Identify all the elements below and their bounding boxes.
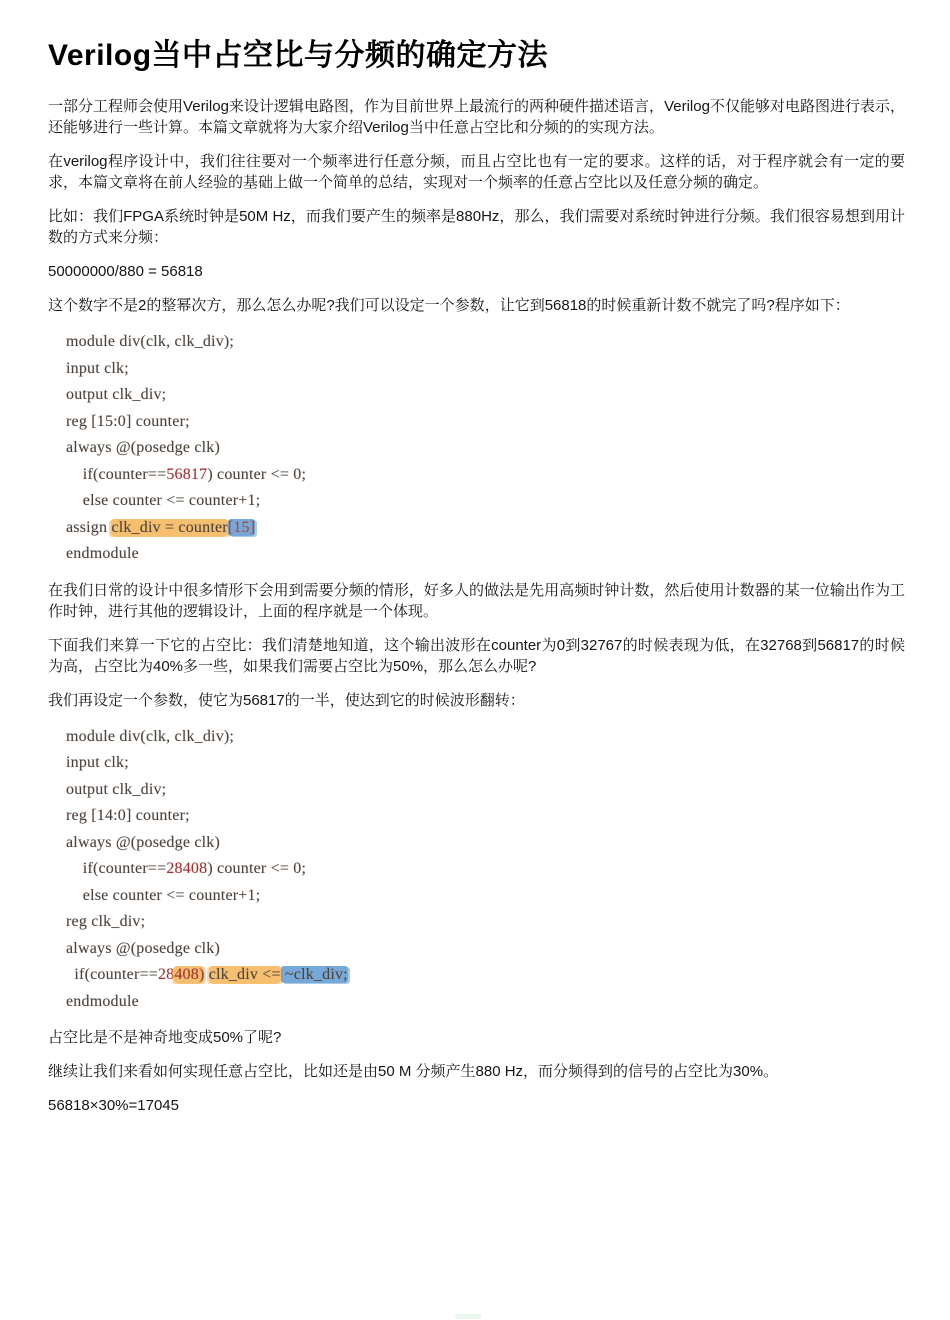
paragraph-intro: 一部分工程师会使用Verilog来设计逻辑电路图，作为目前世界上最流行的两种硬件… <box>48 96 905 138</box>
code-line: input clk; <box>66 750 905 777</box>
code-line: if(counter==56817) counter <= 0; <box>66 462 905 489</box>
paragraph-common-practice: 在我们日常的设计中很多情形下会用到需要分频的情形，好多人的做法是先用高频时钟计数… <box>48 580 905 622</box>
code-line: reg clk_div; <box>66 909 905 936</box>
code-line: else counter <= counter+1; <box>66 883 905 910</box>
formula-30-percent: 56818×30%=17045 <box>48 1095 905 1116</box>
page-title: Verilog当中占空比与分频的确定方法 <box>48 38 905 74</box>
code-line: output clk_div; <box>66 777 905 804</box>
code-segment: 408) <box>174 966 204 983</box>
code-screenshot-divider-v2: module div(clk, clk_div);input clk;outpu… <box>66 724 905 1016</box>
code-segment: always @(posedge clk) <box>66 834 220 851</box>
code-segment: always @(posedge clk) <box>66 439 220 456</box>
code-segment: input clk; <box>66 360 129 377</box>
code-segment: output clk_div; <box>66 781 166 798</box>
code-line: endmodule <box>66 541 905 568</box>
code-segment: else counter <= counter+1; <box>66 887 260 904</box>
code-segment: module div(clk, clk_div); <box>66 333 234 350</box>
paragraph-example-50mhz: 比如：我们FPGA系统时钟是50M Hz，而我们要产生的频率是880Hz，那么，… <box>48 206 905 248</box>
code-line: endmodule <box>66 989 905 1016</box>
code-line: else counter <= counter+1; <box>66 488 905 515</box>
code-line: module div(clk, clk_div); <box>66 724 905 751</box>
code-segment: if(counter== <box>66 860 166 877</box>
code-segment: always @(posedge clk) <box>66 940 220 957</box>
code-line: reg [14:0] counter; <box>66 803 905 830</box>
code-segment: reg clk_div; <box>66 913 145 930</box>
code-segment: [15] <box>228 519 255 536</box>
code-segment: output clk_div; <box>66 386 166 403</box>
code-segment: 56817 <box>166 466 207 483</box>
code-segment: endmodule <box>66 545 139 562</box>
code-line: assign clk_div = counter[15] <box>66 515 905 542</box>
code-line: module div(clk, clk_div); <box>66 329 905 356</box>
code-segment: ) counter <= 0; <box>207 860 306 877</box>
code-line: if(counter==28408) counter <= 0; <box>66 856 905 883</box>
code-segment: else counter <= counter+1; <box>66 492 260 509</box>
paragraph-arbitrary-duty-cycle: 继续让我们来看如何实现任意占空比，比如还是由50 M 分频产生880 Hz，而分… <box>48 1061 905 1082</box>
code-segment: 28408 <box>166 860 207 877</box>
code-segment: 28 <box>158 966 174 983</box>
code-segment: reg [15:0] counter; <box>66 413 190 430</box>
code-segment: ) counter <= 0; <box>207 466 306 483</box>
code-segment: if(counter== <box>66 466 166 483</box>
paragraph-magic-50-percent: 占空比是不是神奇地变成50%了呢? <box>48 1027 905 1048</box>
code-line: output clk_div; <box>66 382 905 409</box>
code-segment: ~clk_div; <box>281 966 348 983</box>
code-segment: clk_div <= <box>209 966 281 983</box>
paragraph-half-parameter: 我们再设定一个参数，使它为56817的一半，使达到它的时候波形翻转： <box>48 690 905 711</box>
paragraph-requirements: 在verilog程序设计中，我们往往要对一个频率进行任意分频，而且占空比也有一定… <box>48 151 905 193</box>
paragraph-duty-cycle-analysis: 下面我们来算一下它的占空比：我们清楚地知道，这个输出波形在counter为0到3… <box>48 635 905 677</box>
code-segment: input clk; <box>66 754 129 771</box>
code-segment: reg [14:0] counter; <box>66 807 190 824</box>
article-page: Verilog当中占空比与分频的确定方法 一部分工程师会使用Verilog来设计… <box>0 0 950 1320</box>
page-bottom-artifact <box>455 1314 481 1319</box>
code-line: always @(posedge clk) <box>66 435 905 462</box>
code-segment: if(counter== <box>66 966 158 983</box>
code-segment: endmodule <box>66 993 139 1010</box>
code-line: input clk; <box>66 356 905 383</box>
code-line: reg [15:0] counter; <box>66 409 905 436</box>
formula-division: 50000000/880 = 56818 <box>48 261 905 282</box>
code-line: if(counter==28408) clk_div <= ~clk_div; <box>66 962 905 989</box>
code-segment: assign <box>66 519 111 536</box>
code-screenshot-divider-v1: module div(clk, clk_div);input clk;outpu… <box>66 329 905 568</box>
code-line: always @(posedge clk) <box>66 936 905 963</box>
code-segment: module div(clk, clk_div); <box>66 728 234 745</box>
code-segment: clk_div = counter <box>111 519 227 536</box>
code-line: always @(posedge clk) <box>66 830 905 857</box>
paragraph-not-power-of-two: 这个数字不是2的整幂次方，那么怎么办呢?我们可以设定一个参数，让它到56818的… <box>48 295 905 316</box>
